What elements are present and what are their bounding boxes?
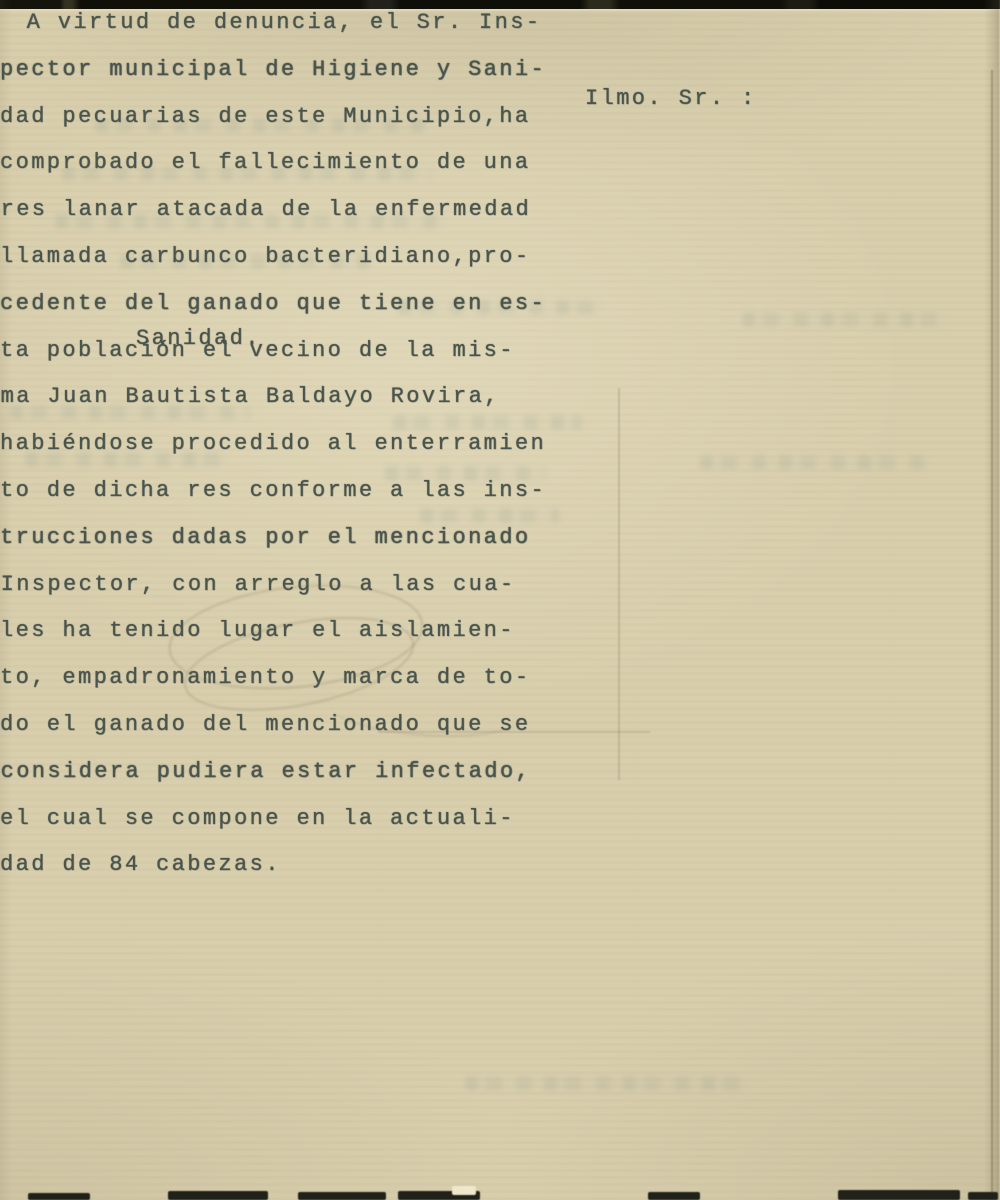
scan-edge-bottom-fragment [298, 1192, 386, 1200]
body-line: Inspector, con arreglo a las cua- [1, 562, 1000, 609]
body-line: ma Juan Bautista Baldayo Rovira, [1, 374, 1000, 421]
scan-edge-bottom-fragment [968, 1192, 998, 1200]
body-line: trucciones dadas por el mencionado [0, 515, 1000, 562]
bleed-through-ghost-text [465, 1076, 745, 1091]
body-line: A virtud de denuncia, el Sr. Ins- [1, 0, 1000, 47]
scan-edge-bottom-fragment [168, 1191, 268, 1200]
scan-edge-bottom-highlight [452, 1186, 476, 1195]
body-line: habiéndose procedido al enterramien [0, 421, 1000, 468]
body-line: ta población el vecino de la mis- [0, 328, 1000, 375]
body-line: do el ganado del mencionado que se [0, 702, 1000, 749]
scan-edge-bottom-fragment [838, 1190, 960, 1200]
body-line: considera pudiera estar infectado, [1, 749, 1000, 796]
body-line: dad pecuarias de este Municipio,ha [0, 94, 1000, 141]
letter-body: A virtud de denuncia, el Sr. Ins- pector… [0, 0, 1000, 889]
body-line: cedente del ganado que tiene en es- [0, 281, 1000, 328]
scan-edge-bottom-fragment [648, 1192, 700, 1200]
body-line: llamada carbunco bacteridiano,pro- [0, 234, 1000, 281]
body-line: pector municipal de Higiene y Sani- [0, 47, 1000, 94]
scan-edge-bottom-fragment [28, 1193, 90, 1200]
body-line: res lanar atacada de la enfermedad [1, 187, 1000, 234]
body-line: el cual se compone en la actuali- [0, 796, 1000, 843]
body-line: to, empadronamiento y marca de to- [0, 655, 1000, 702]
body-line: to de dicha res conforme a las ins- [0, 468, 1000, 515]
body-line: dad de 84 cabezas. [0, 842, 1000, 889]
body-line: comprobado el fallecimiento de una [0, 140, 1000, 187]
body-line: les ha tenido lugar el aislamien- [0, 608, 1000, 655]
scanned-letter-page: Ilmo. Sr. : Sanidad. A virtud de denunci… [0, 0, 1000, 1200]
